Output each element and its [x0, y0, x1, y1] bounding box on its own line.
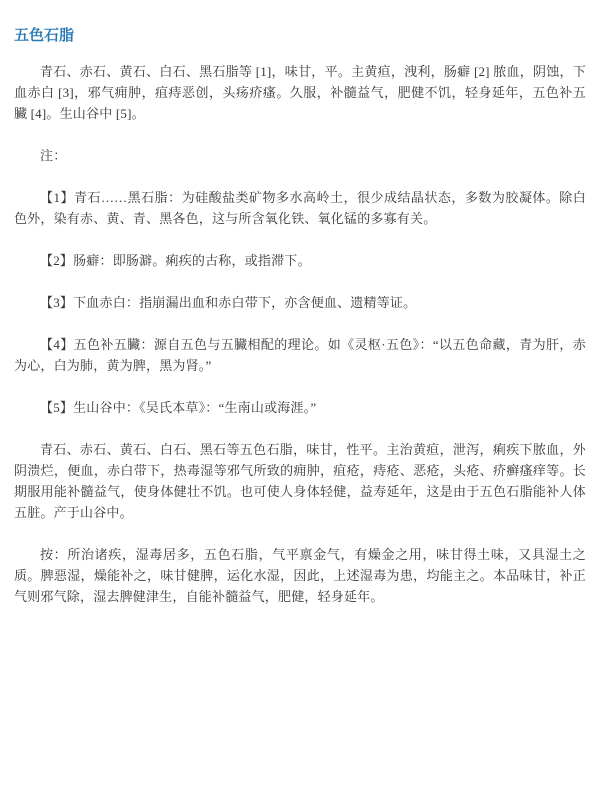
note-item-2: 【2】肠癖：即肠澼。痢疾的古称，或指滞下。 [14, 250, 586, 271]
note-item-1: 【1】青石……黑石脂：为硅酸盐类矿物多水高岭土，很少成结晶状态，多数为胶凝体。除… [14, 187, 586, 229]
note-item-5: 【5】生山谷中：《吴氏本草》：“生南山或海涯。” [14, 397, 586, 418]
intro-paragraph: 青石、赤石、黄石、白石、黑石脂等 [1]，味甘，平。主黄疸，洩利，肠癖 [2] … [14, 61, 586, 124]
note-item-4: 【4】五色补五臟：源自五色与五臟相配的理论。如《灵枢·五色》：“以五色命藏，青为… [14, 334, 586, 376]
note-item-3: 【3】下血赤白：指崩漏出血和赤白带下，亦含便血、遗精等证。 [14, 292, 586, 313]
document-page: 五色石脂 青石、赤石、黄石、白石、黑石脂等 [1]，味甘，平。主黄疸，洩利，肠癖… [0, 0, 600, 800]
commentary-paragraph: 按：所治诸疾，湿毒居多，五色石脂，气平禀金气，有燥金之用，味甘得土味，又具湿土之… [14, 544, 586, 607]
notes-heading: 注： [14, 145, 586, 166]
translation-paragraph: 青石、赤石、黄石、白石、黑石等五色石脂，味甘，性平。主治黄疸，泄泻，痢疾下脓血，… [14, 439, 586, 523]
page-title: 五色石脂 [14, 26, 586, 46]
